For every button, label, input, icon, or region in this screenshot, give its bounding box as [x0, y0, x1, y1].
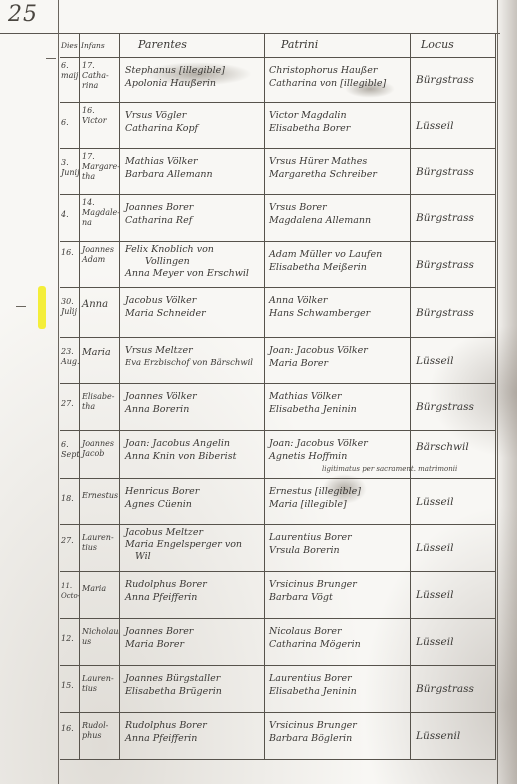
parents-cell: Jacobus MeltzerMaria Engelsperger vonWil [120, 525, 265, 571]
godparents-cell: Vrsus Hürer MathesMargaretha Schreiber [265, 149, 411, 194]
godparents-cell: Laurentius BorerElisabetha Jeninin [265, 666, 411, 712]
infant-cell: 16.Victor [80, 103, 120, 148]
page-edge-shadow [495, 0, 517, 784]
day-cell: 23.Aug. [60, 338, 80, 383]
table-row: 12. Nicholausus Joannes BorerMaria Borer… [60, 619, 496, 666]
day-cell: 11.Octo-bris [60, 572, 80, 618]
place-cell: Lüsseil [411, 338, 496, 383]
infant-cell: Elisabe-tha [80, 384, 120, 430]
margin-tick [16, 306, 26, 307]
godparents-cell: Laurentius BorerVrsula Borerin [265, 525, 411, 571]
place-cell: Bürgstrass [411, 149, 496, 194]
table-row: 6.Sept. JoannesJacob Joan: Jacobus Angel… [60, 431, 496, 479]
place-cell: Bürgstrass [411, 666, 496, 712]
parents-cell: Rudolphus BorerAnna Pfeifferin [120, 713, 265, 759]
table-row: 15. Lauren-tius Joannes BürgstallerElisa… [60, 666, 496, 713]
parents-cell: Vrsus VöglerCatharina Kopf [120, 103, 265, 148]
infant-cell: Lauren-tius [80, 525, 120, 571]
margin-tick [46, 58, 56, 59]
day-cell: 6. [60, 103, 80, 148]
place-cell: Bürgstrass [411, 288, 496, 337]
header-infant: Infans [80, 34, 120, 57]
place-cell: Bürgstrass [411, 242, 496, 287]
parents-cell: Joannes BorerCatharina Ref [120, 195, 265, 241]
day-cell: 6.maij [60, 58, 80, 102]
place-cell: Bürgstrass [411, 58, 496, 102]
day-cell: 12. [60, 619, 80, 665]
infant-cell: 17.Margare-tha [80, 149, 120, 194]
header-godparents: Patrini [265, 34, 411, 57]
table-row: 11.Octo-bris Maria Rudolphus BorerAnna P… [60, 572, 496, 619]
header-place: Locus [411, 34, 496, 57]
table-row: 6. 16.Victor Vrsus VöglerCatharina Kopf … [60, 103, 496, 149]
right-margin-line [497, 0, 498, 784]
parents-cell: Vrsus MeltzerEva Erzbischof von Bärschwi… [120, 338, 265, 383]
place-cell: Bürgstrass [411, 384, 496, 430]
day-cell: 18. [60, 479, 80, 524]
table-row: 23.Aug. Maria Vrsus MeltzerEva Erzbischo… [60, 338, 496, 384]
parents-cell: Jacobus VölkerMaria Schneider [120, 288, 265, 337]
left-margin-line [58, 0, 59, 784]
place-cell: Lüsseil [411, 525, 496, 571]
godparents-cell: Nicolaus BorerCatharina Mögerin [265, 619, 411, 665]
infant-cell: Maria [80, 572, 120, 618]
godparents-cell: Victor MagdalinElisabetha Borer [265, 103, 411, 148]
infant-cell: JoannesAdam [80, 242, 120, 287]
table-row: 27. Elisabe-tha Joannes VölkerAnna Borer… [60, 384, 496, 431]
infant-cell: 14.Magdale-na [80, 195, 120, 241]
godparents-cell: Christophorus HaußerCatharina von [illeg… [265, 58, 411, 102]
place-cell: Bürgstrass [411, 195, 496, 241]
table-header-row: Dies Infans Parentes Patrini Locus [60, 34, 496, 58]
infant-cell: Lauren-tius [80, 666, 120, 712]
parents-cell: Joan: Jacobus AngelinAnna Knin von Biber… [120, 431, 265, 478]
table-row: 18. Ernestus Henricus BorerAgnes Cüenin … [60, 479, 496, 525]
parents-cell: Rudolphus BorerAnna Pfeifferin [120, 572, 265, 618]
legitimation-note: ligitimatus per sacrament. matrimonii [322, 465, 457, 473]
place-cell: Lüsseil [411, 103, 496, 148]
day-cell: 3.Junij [60, 149, 80, 194]
infant-cell: Ernestus [80, 479, 120, 524]
godparents-cell: Ernestus [illegible]Maria [illegible] [265, 479, 411, 524]
infant-cell: Anna [80, 288, 120, 337]
place-cell: Lüsseil [411, 479, 496, 524]
godparents-cell: Vrsicinus BrungerBarbara Böglerin [265, 713, 411, 759]
place-cell: Lüsseil [411, 572, 496, 618]
parents-cell: Joannes BorerMaria Borer [120, 619, 265, 665]
table-row: 3.Junij 17.Margare-tha Mathias VölkerBar… [60, 149, 496, 195]
day-cell: 6.Sept. [60, 431, 80, 478]
parents-cell: Henricus BorerAgnes Cüenin [120, 479, 265, 524]
parents-cell: Mathias VölkerBarbara Allemann [120, 149, 265, 194]
day-cell: 27. [60, 384, 80, 430]
baptism-register-table: Dies Infans Parentes Patrini Locus 6.mai… [60, 34, 496, 760]
godparents-cell: Adam Müller vo LaufenElisabetha Meißerin [265, 242, 411, 287]
day-cell: 30.Julij [60, 288, 80, 337]
day-cell: 15. [60, 666, 80, 712]
table-row: 4. 14.Magdale-na Joannes BorerCatharina … [60, 195, 496, 242]
godparents-cell: Mathias VölkerElisabetha Jeninin [265, 384, 411, 430]
table-row-highlighted: 30.Julij Anna Jacobus VölkerMaria Schnei… [60, 288, 496, 338]
infant-cell: Nicholausus [80, 619, 120, 665]
place-cell: Lüssenil [411, 713, 496, 759]
day-cell: 27. [60, 525, 80, 571]
day-cell: 16. [60, 242, 80, 287]
table-row: 16. Rudol-phus Rudolphus BorerAnna Pfeif… [60, 713, 496, 760]
parents-cell: Joannes BürgstallerElisabetha Brügerin [120, 666, 265, 712]
godparents-cell: Vrsicinus BrungerBarbara Vögt [265, 572, 411, 618]
infant-cell: JoannesJacob [80, 431, 120, 478]
yellow-highlight-mark [38, 286, 46, 329]
parents-cell: Joannes VölkerAnna Borerin [120, 384, 265, 430]
day-cell: 4. [60, 195, 80, 241]
page-number: 25 [8, 2, 38, 27]
place-cell: Lüsseil [411, 619, 496, 665]
infant-cell: Maria [80, 338, 120, 383]
table-row: 27. Lauren-tius Jacobus MeltzerMaria Eng… [60, 525, 496, 572]
infant-cell: 17.Catha-rina [80, 58, 120, 102]
register-page: 25 Dies Infans Parentes Patrini Locus 6.… [0, 0, 517, 784]
godparents-cell: Joan: Jacobus VölkerMaria Borer [265, 338, 411, 383]
godparents-cell: Anna VölkerHans Schwamberger [265, 288, 411, 337]
header-day: Dies [60, 34, 80, 57]
day-cell: 16. [60, 713, 80, 759]
infant-cell: Rudol-phus [80, 713, 120, 759]
godparents-cell: Vrsus BorerMagdalena Allemann [265, 195, 411, 241]
header-parents: Parentes [120, 34, 265, 57]
table-row: 16. JoannesAdam Felix Knoblich vonVollin… [60, 242, 496, 288]
parents-cell: Stephanus [illegible]Apolonia Haußerin [120, 58, 265, 102]
table-row: 6.maij 17.Catha-rina Stephanus [illegibl… [60, 58, 496, 103]
parents-cell: Felix Knoblich vonVollingenAnna Meyer vo… [120, 242, 265, 287]
